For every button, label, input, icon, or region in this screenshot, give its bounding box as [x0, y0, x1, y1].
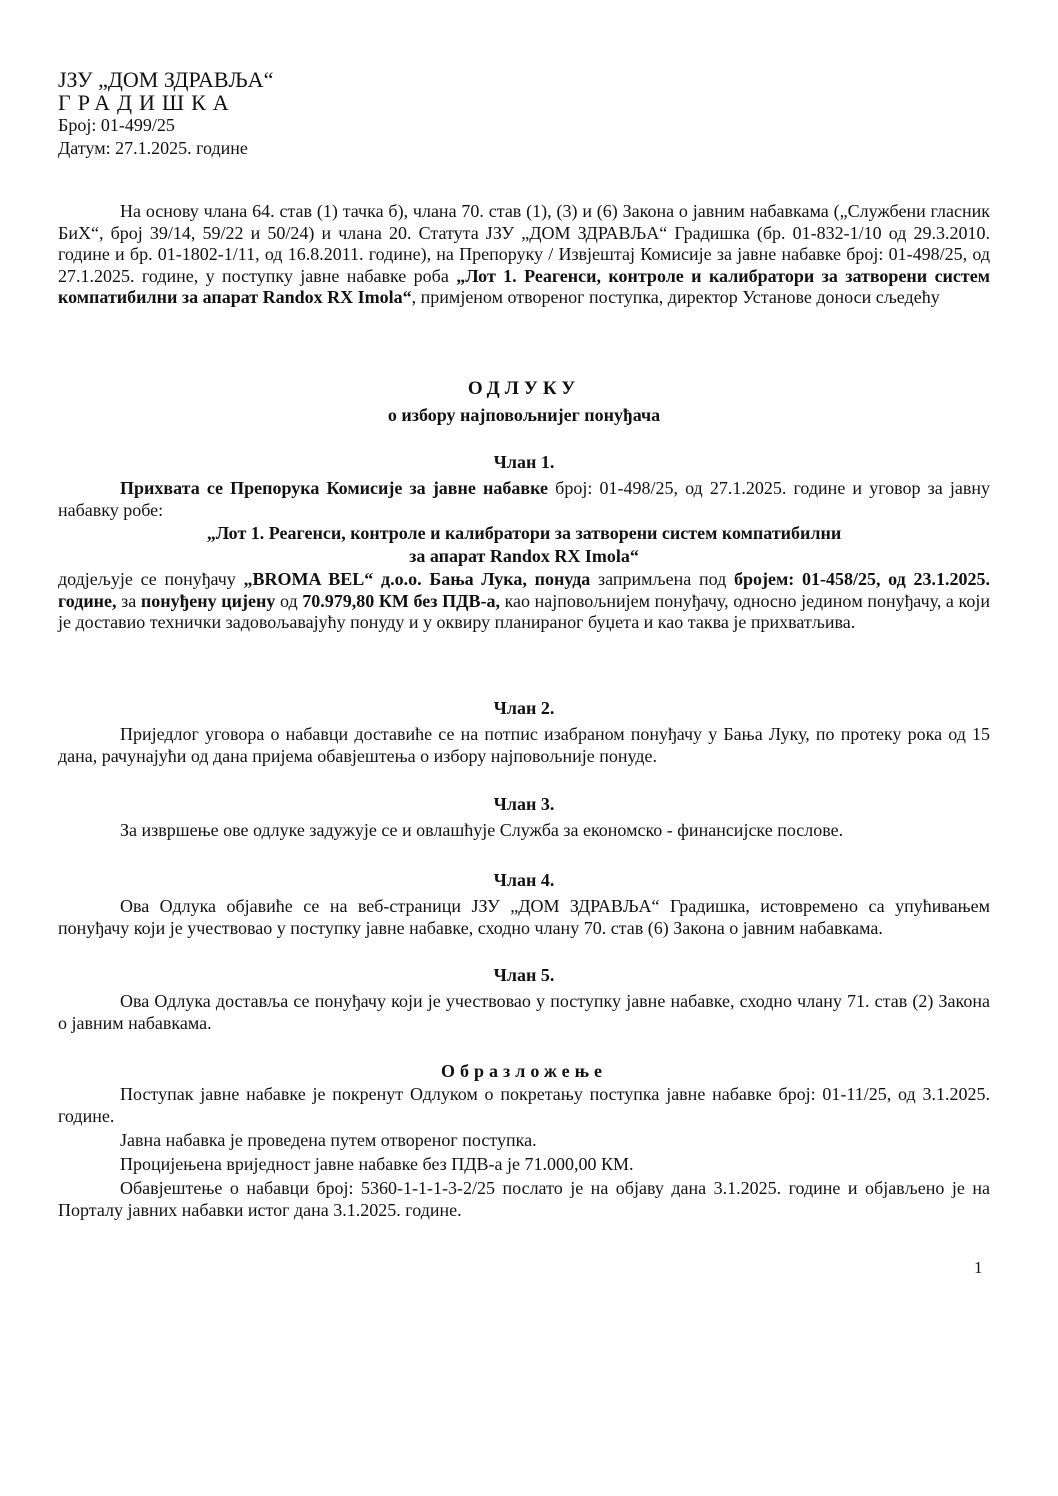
- document-number: Број: 01-499/25: [58, 114, 273, 137]
- article-1-heading: Члан 1.: [58, 452, 990, 473]
- article-5-heading: Члан 5.: [58, 965, 990, 986]
- article-1-lot-line2: за апарат Randox RX Imola“: [58, 546, 990, 567]
- article-1-intro: Прихвата се Препорука Комисије за јавне …: [58, 478, 990, 521]
- reasoning-heading: Образложење: [58, 1061, 990, 1082]
- reasoning-paragraph: Поступак јавне набавке је покренут Одлук…: [58, 1084, 990, 1127]
- article-4-body: Ова Одлука објавиће се на веб-страници Ј…: [58, 896, 990, 939]
- institution-name: ЈЗУ „ДОМ ЗДРАВЉА“: [58, 68, 273, 91]
- article-5-body: Ова Одлука доставља се понуђачу који је …: [58, 991, 990, 1034]
- preamble: На основу члана 64. став (1) тачка б), ч…: [58, 201, 990, 309]
- reasoning-paragraph: Обавјештење о набавци број: 5360-1-1-1-3…: [58, 1178, 990, 1221]
- reasoning-paragraph: Јавна набавка је проведена путем отворен…: [58, 1130, 990, 1152]
- article-2-heading: Члан 2.: [58, 698, 990, 719]
- reasoning-paragraph: Процијењена вриједност јавне набавке без…: [58, 1154, 990, 1176]
- bid-price: 70.979,80 КМ без ПДВ-а,: [302, 591, 500, 611]
- article-3-body: За извршење ове одлуке задужује се и овл…: [58, 820, 990, 842]
- document-header: ЈЗУ „ДОМ ЗДРАВЉА“ ГРАДИШКА Број: 01-499/…: [58, 68, 273, 160]
- article-4-heading: Члан 4.: [58, 870, 990, 891]
- article-3-heading: Члан 3.: [58, 794, 990, 815]
- bidder-name: „BROMA BEL“ д.о.о. Бања Лука, понуда: [244, 569, 591, 589]
- article-1-lot-line1: „Лот 1. Реагенси, контроле и калибратори…: [58, 523, 990, 544]
- document-page: ЈЗУ „ДОМ ЗДРАВЉА“ ГРАДИШКА Број: 01-499/…: [0, 0, 1058, 1496]
- article-2-body: Приједлог уговора о набавци доставиће се…: [58, 724, 990, 767]
- document-date: Датум: 27.1.2025. године: [58, 137, 273, 160]
- decision-title: ОДЛУКУ: [58, 378, 990, 400]
- decision-subtitle: о избору најповољнијег понуђача: [58, 405, 990, 426]
- article-1-award: додјељује се понуђачу „BROMA BEL“ д.о.о.…: [58, 569, 990, 634]
- city-name: ГРАДИШКА: [58, 91, 273, 114]
- page-number: 1: [974, 1258, 983, 1278]
